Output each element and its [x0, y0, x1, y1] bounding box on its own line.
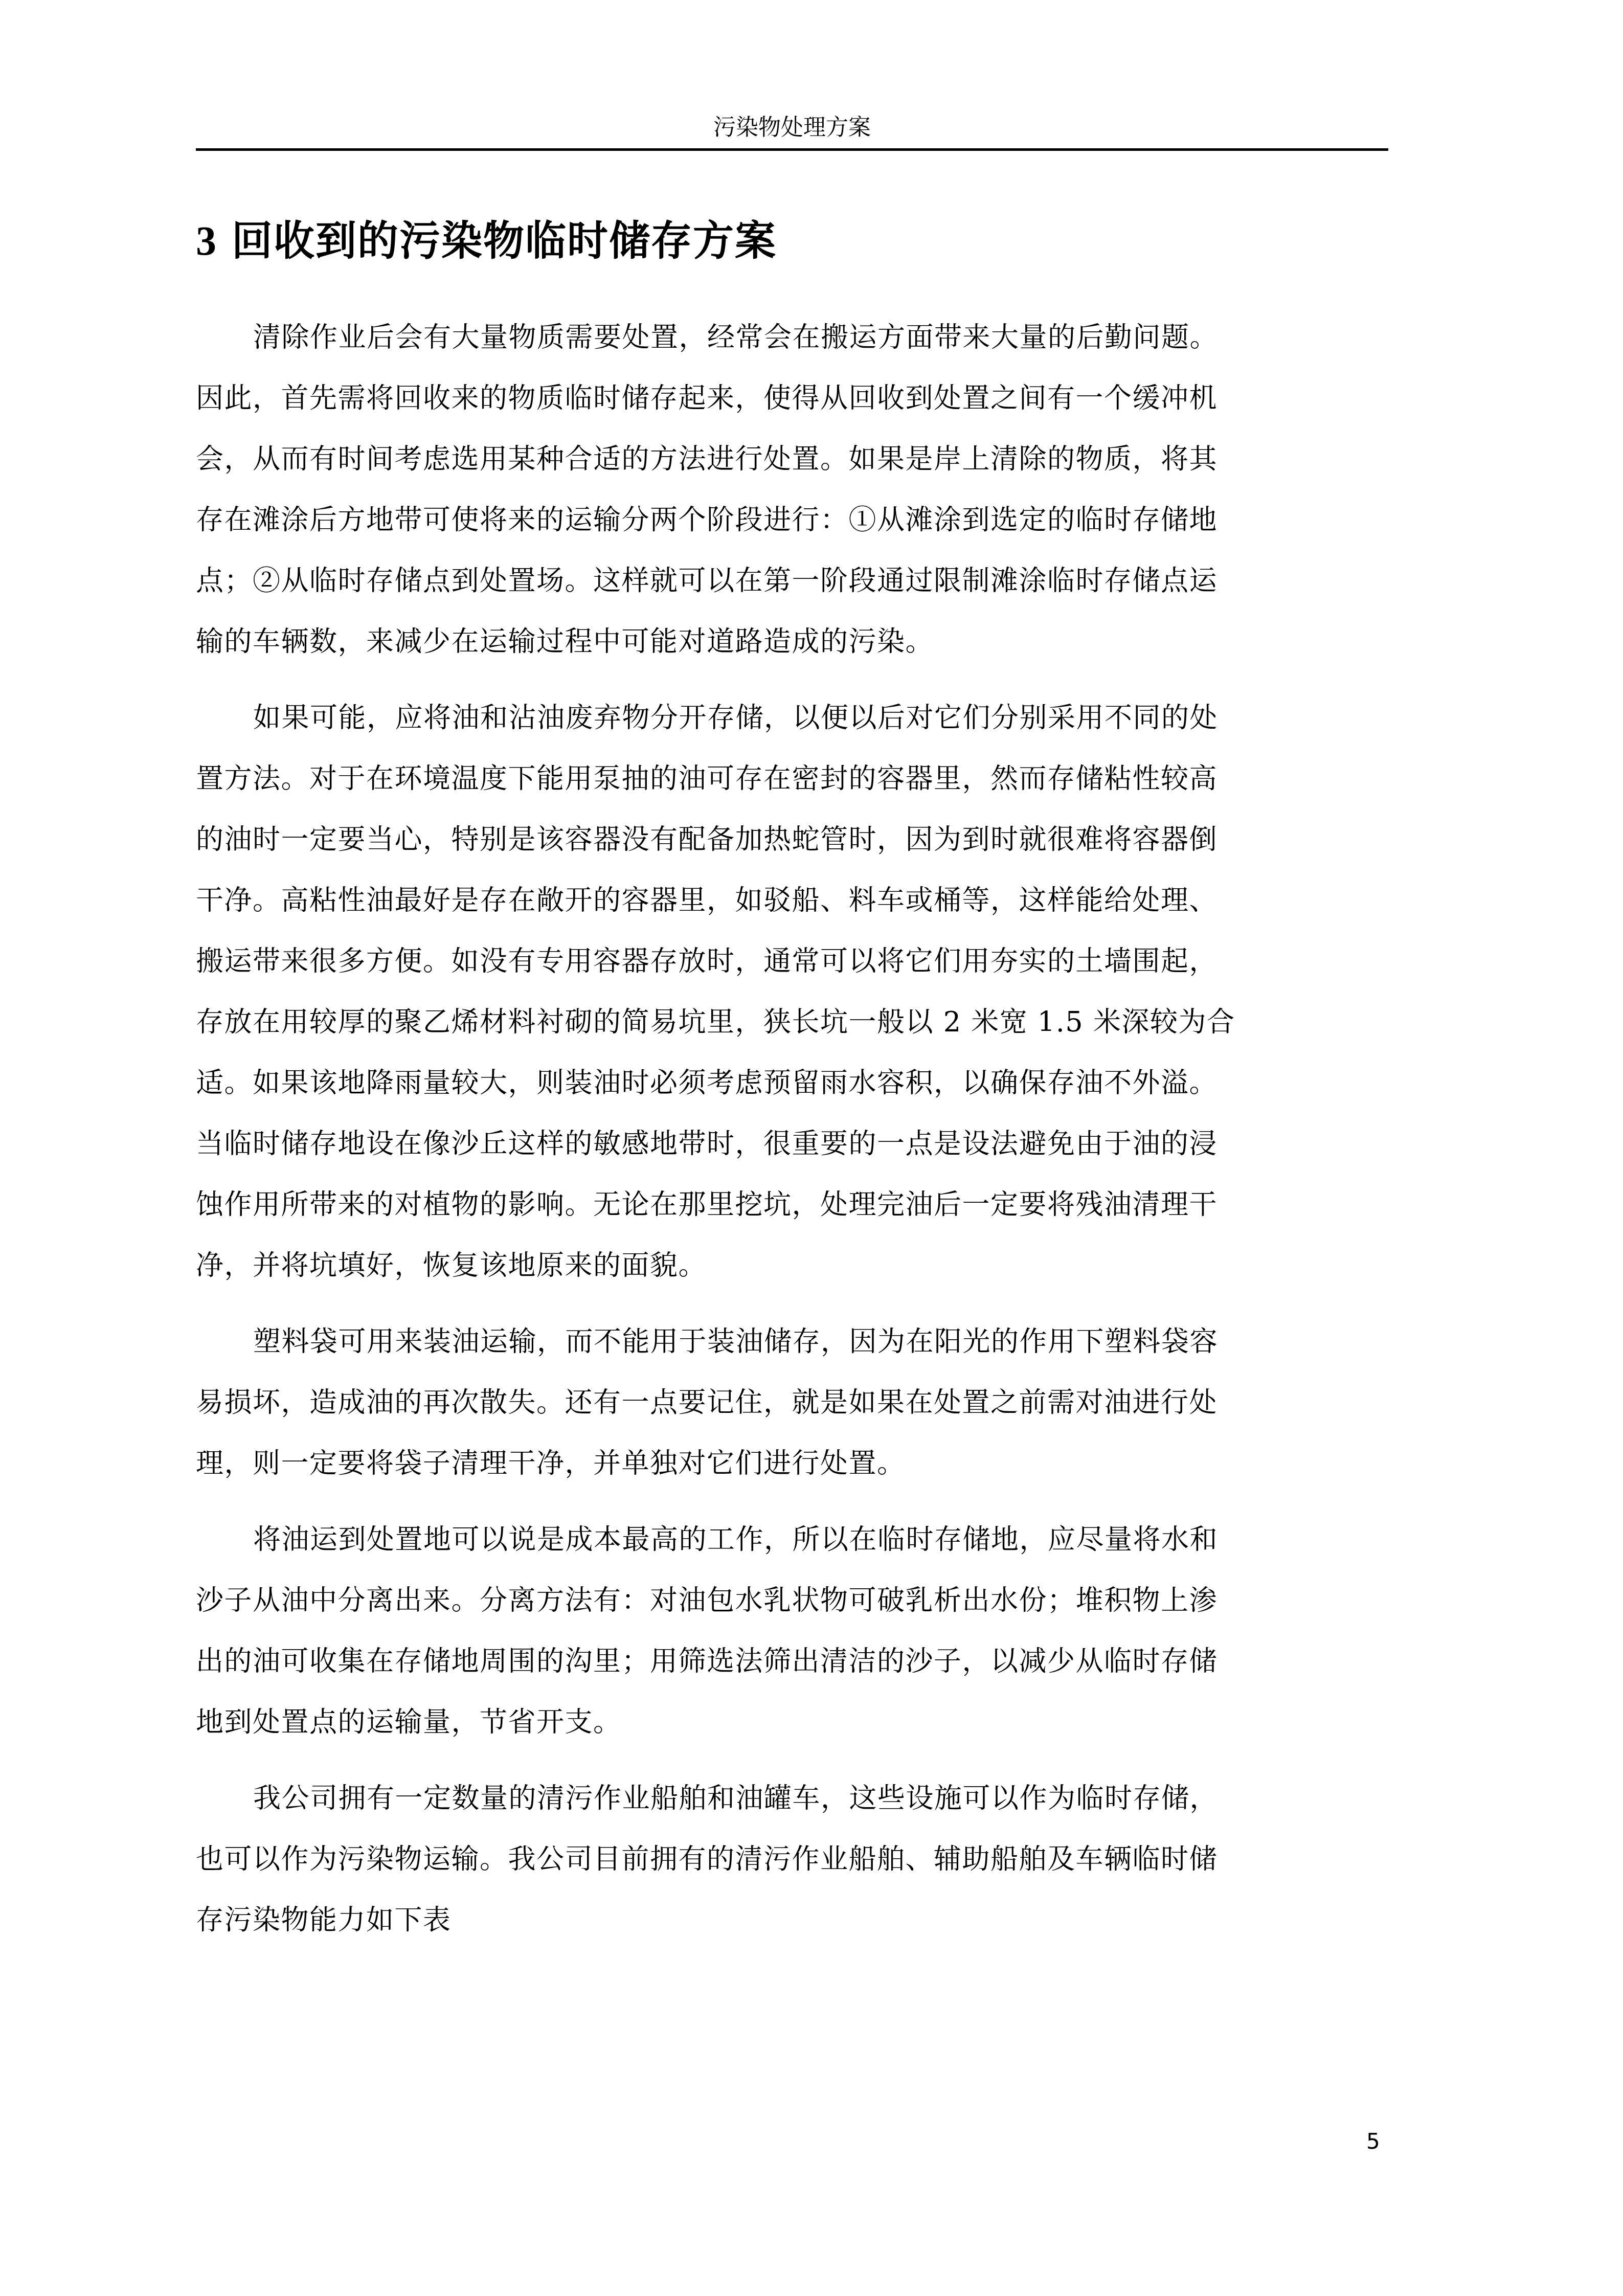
paragraph-3: 塑料袋可用来装油运输，而不能用于装油储存，因为在阳光的作用下塑料袋容 易损坏，造…	[196, 1311, 1392, 1494]
paragraph-1: 清除作业后会有大量物质需要处置，经常会在搬运方面带来大量的后勤问题。 因此，首先…	[196, 307, 1392, 672]
text-line: 出的油可收集在存储地周围的沟里；用筛选法筛出清洁的沙子，以减少从临时存储	[196, 1631, 1392, 1692]
page-number: 5	[1366, 2129, 1380, 2154]
paragraph-4: 将油运到处置地可以说是成本最高的工作，所以在临时存储地，应尽量将水和 沙子从油中…	[196, 1509, 1392, 1752]
page-header-title: 污染物处理方案	[196, 114, 1388, 142]
text-line: 理，则一定要将袋子清理干净，并单独对它们进行处置。	[196, 1433, 1392, 1494]
text-line: 地到处置点的运输量，节省开支。	[196, 1692, 1392, 1752]
section-number: 3	[196, 219, 217, 264]
document-body: 清除作业后会有大量物质需要处置，经常会在搬运方面带来大量的后勤问题。 因此，首先…	[196, 307, 1392, 1966]
text-line: 易损坏，造成油的再次散失。还有一点要记住，就是如果在处置之前需对油进行处	[196, 1372, 1392, 1433]
text-line: 输的车辆数，来减少在运输过程中可能对道路造成的污染。	[196, 611, 1392, 672]
text-line: 我公司拥有一定数量的清污作业船舶和油罐车，这些设施可以作为临时存储，	[196, 1768, 1392, 1829]
text-line: 会，从而有时间考虑选用某种合适的方法进行处置。如果是岸上清除的物质，将其	[196, 429, 1392, 489]
text-line: 存放在用较厚的聚乙烯材料衬砌的简易坑里，狭长坑一般以 2 米宽 1.5 米深较为…	[196, 992, 1392, 1052]
text-line: 如果可能，应将油和沾油废弃物分开存储，以便以后对它们分别采用不同的处	[196, 687, 1392, 748]
text-line: 塑料袋可用来装油运输，而不能用于装油储存，因为在阳光的作用下塑料袋容	[196, 1311, 1392, 1372]
section-heading: 3回收到的污染物临时储存方案	[196, 210, 777, 272]
text-line: 存污染物能力如下表	[196, 1889, 1392, 1950]
text-line: 置方法。对于在环境温度下能用泵抽的油可存在密封的容器里，然而存储粘性较高	[196, 748, 1392, 809]
section-title: 回收到的污染物临时储存方案	[232, 216, 777, 264]
text-line: 点；②从临时存储点到处置场。这样就可以在第一阶段通过限制滩涂临时存储点运	[196, 550, 1392, 611]
text-line: 清除作业后会有大量物质需要处置，经常会在搬运方面带来大量的后勤问题。	[196, 307, 1392, 368]
text-line: 搬运带来很多方便。如没有专用容器存放时，通常可以将它们用夯实的土墙围起，	[196, 931, 1392, 992]
text-line: 将油运到处置地可以说是成本最高的工作，所以在临时存储地，应尽量将水和	[196, 1509, 1392, 1570]
text-line: 的油时一定要当心，特别是该容器没有配备加热蛇管时，因为到时就很难将容器倒	[196, 809, 1392, 870]
header-rule	[196, 148, 1388, 151]
text-line: 沙子从油中分离出来。分离方法有：对油包水乳状物可破乳析出水份；堆积物上渗	[196, 1570, 1392, 1631]
text-line: 存在滩涂后方地带可使将来的运输分两个阶段进行：①从滩涂到选定的临时存储地	[196, 489, 1392, 550]
text-line: 也可以作为污染物运输。我公司目前拥有的清污作业船舶、辅助船舶及车辆临时储	[196, 1829, 1392, 1889]
text-line: 适。如果该地降雨量较大，则装油时必须考虑预留雨水容积，以确保存油不外溢。	[196, 1052, 1392, 1113]
text-line: 因此，首先需将回收来的物质临时储存起来，使得从回收到处置之间有一个缓冲机	[196, 368, 1392, 429]
paragraph-5: 我公司拥有一定数量的清污作业船舶和油罐车，这些设施可以作为临时存储， 也可以作为…	[196, 1768, 1392, 1950]
text-line: 干净。高粘性油最好是存在敞开的容器里，如驳船、料车或桶等，这样能给处理、	[196, 870, 1392, 931]
paragraph-2: 如果可能，应将油和沾油废弃物分开存储，以便以后对它们分别采用不同的处 置方法。对…	[196, 687, 1392, 1296]
text-line: 净，并将坑填好，恢复该地原来的面貌。	[196, 1235, 1392, 1296]
text-line: 当临时储存地设在像沙丘这样的敏感地带时，很重要的一点是设法避免由于油的浸	[196, 1113, 1392, 1174]
text-line: 蚀作用所带来的对植物的影响。无论在那里挖坑，处理完油后一定要将残油清理干	[196, 1174, 1392, 1235]
